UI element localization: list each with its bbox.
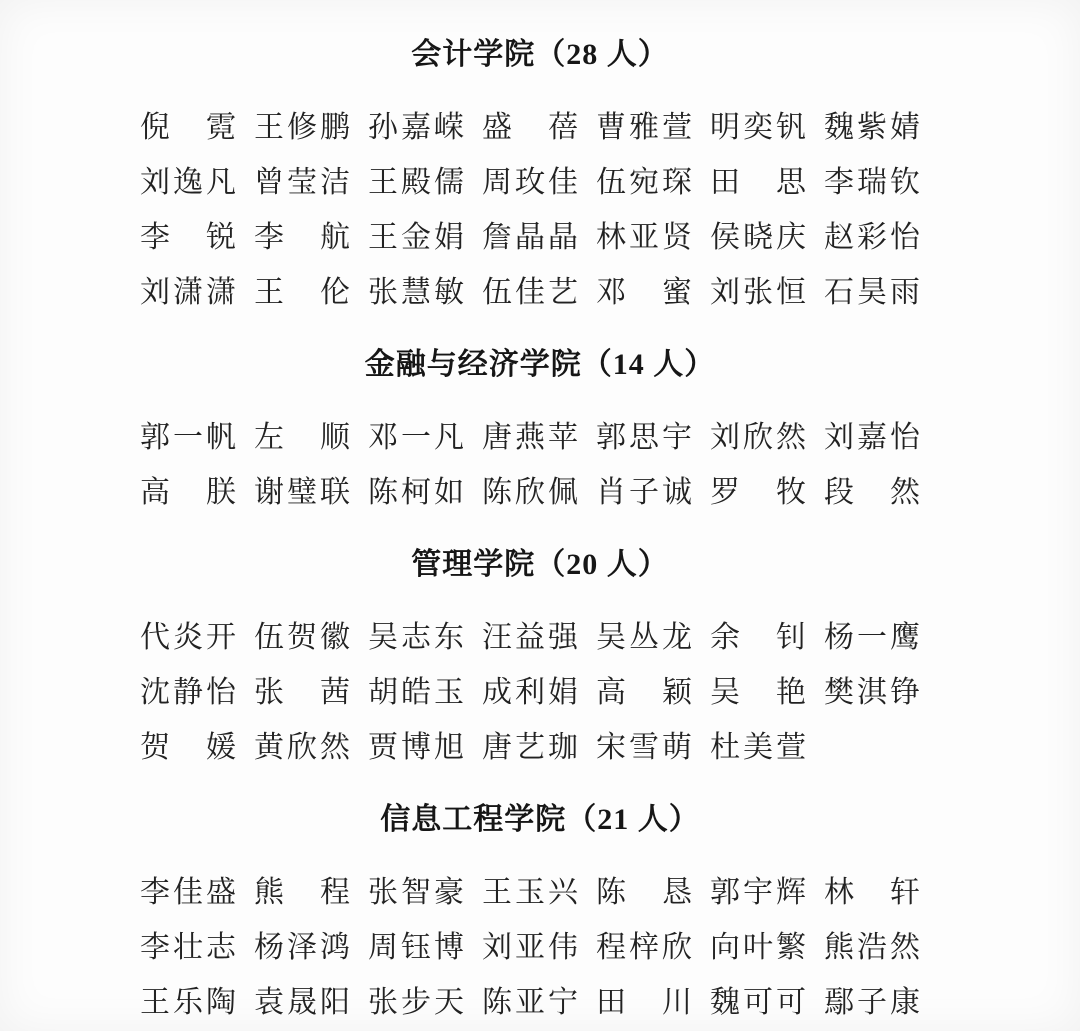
name-char: 鸿 (320, 932, 350, 963)
name-char: 琛 (662, 167, 692, 198)
person-name: 曹雅萱 (596, 112, 692, 143)
name-char: 可 (776, 987, 806, 1018)
name-char: 顺 (320, 422, 350, 453)
name-char: 肖 (596, 477, 626, 508)
name-char: 刘 (710, 277, 740, 308)
name-char: 钰 (401, 932, 431, 963)
person-name: 贾博旭 (368, 732, 464, 763)
name-char: 张 (743, 277, 773, 308)
person-name: 鄢子康 (824, 987, 920, 1018)
name-char: 伟 (548, 932, 578, 963)
name-char: 钒 (776, 112, 806, 143)
name-char: 然 (320, 732, 350, 763)
person-name: 熊程 (254, 877, 350, 908)
name-char: 张 (368, 277, 398, 308)
name-char: 紫 (857, 112, 887, 143)
name-char: 黄 (254, 732, 284, 763)
name-char: 艺 (548, 277, 578, 308)
person-name: 侯晓庆 (710, 222, 806, 253)
name-char: 亚 (629, 222, 659, 253)
person-name: 周玫佳 (482, 167, 578, 198)
name-char: 然 (776, 422, 806, 453)
person-name: 成利娟 (482, 677, 578, 708)
name-char: 慧 (401, 277, 431, 308)
name-char: 怡 (890, 222, 920, 253)
name-char: 联 (320, 477, 350, 508)
name-char: 凡 (206, 167, 236, 198)
name-char: 媛 (206, 732, 236, 763)
name-char: 天 (434, 987, 464, 1018)
name-char: 柯 (401, 477, 431, 508)
name-char: 王 (254, 277, 284, 308)
name-char: 倪 (140, 112, 170, 143)
person-name: 段然 (824, 477, 920, 508)
name-char: 阳 (320, 987, 350, 1018)
person-name: 陈亚宁 (482, 987, 578, 1018)
name-char: 然 (890, 932, 920, 963)
name-char: 洁 (320, 167, 350, 198)
person-name: 倪霓 (140, 112, 236, 143)
name-char: 美 (743, 732, 773, 763)
name-char: 袁 (254, 987, 284, 1018)
name-char: 明 (710, 112, 740, 143)
name-char: 博 (434, 932, 464, 963)
name-char: 熊 (254, 877, 284, 908)
name-char: 晓 (743, 222, 773, 253)
name-char: 玫 (515, 167, 545, 198)
name-char: 余 (710, 622, 740, 653)
name-char: 乐 (173, 987, 203, 1018)
name-char: 庆 (776, 222, 806, 253)
name-char: 艳 (776, 677, 806, 708)
person-name: 杜美萱 (710, 732, 806, 763)
name-char: 宋 (596, 732, 626, 763)
name-char: 鹏 (320, 112, 350, 143)
person-name: 余钊 (710, 622, 806, 653)
name-row: 王乐陶袁晟阳张步天陈亚宁田川魏可可鄢子康 (140, 987, 1080, 1018)
person-name: 伍宛琛 (596, 167, 692, 198)
name-char: 雅 (629, 112, 659, 143)
name-char: 欣 (515, 477, 545, 508)
name-char: 瑞 (857, 167, 887, 198)
name-char: 怡 (890, 422, 920, 453)
name-char: 张 (368, 877, 398, 908)
name-char: 炎 (173, 622, 203, 653)
person-name: 田川 (596, 987, 692, 1018)
name-char: 东 (434, 622, 464, 653)
name-char: 宛 (629, 167, 659, 198)
name-char: 颖 (662, 677, 692, 708)
name-char: 程 (320, 877, 350, 908)
name-char: 胡 (368, 677, 398, 708)
name-char: 唐 (482, 422, 512, 453)
name-char: 康 (890, 987, 920, 1018)
name-char: 林 (824, 877, 854, 908)
person-name: 周钰博 (368, 932, 464, 963)
person-name: 程梓欣 (596, 932, 692, 963)
person-name: 陈柯如 (368, 477, 464, 508)
name-char: 潇 (173, 277, 203, 308)
name-char: 可 (743, 987, 773, 1018)
person-name: 刘潇潇 (140, 277, 236, 308)
name-char: 伍 (482, 277, 512, 308)
person-name: 魏紫婧 (824, 112, 920, 143)
name-char: 开 (206, 622, 236, 653)
name-char: 旭 (434, 732, 464, 763)
name-char: 博 (401, 732, 431, 763)
name-char: 陈 (596, 877, 626, 908)
person-name: 伍佳艺 (482, 277, 578, 308)
person-name: 张步天 (368, 987, 464, 1018)
person-name: 刘欣然 (710, 422, 806, 453)
name-char: 金 (401, 222, 431, 253)
person-name: 郭思宇 (596, 422, 692, 453)
person-name: 高朕 (140, 477, 236, 508)
name-char: 嵘 (434, 112, 464, 143)
name-char: 嘉 (857, 422, 887, 453)
name-char: 彩 (857, 222, 887, 253)
name-row: 高朕谢璧联陈柯如陈欣佩肖子诚罗牧段然 (140, 477, 1080, 508)
name-char: 玉 (434, 677, 464, 708)
name-char: 豪 (434, 877, 464, 908)
name-char: 皓 (401, 677, 431, 708)
name-char: 兴 (548, 877, 578, 908)
name-char: 吴 (596, 622, 626, 653)
name-char: 陈 (482, 477, 512, 508)
name-char: 一 (173, 422, 203, 453)
name-char: 艺 (515, 732, 545, 763)
name-char: 步 (401, 987, 431, 1018)
name-char: 志 (206, 932, 236, 963)
name-row: 沈静怡张茜胡皓玉成利娟高颖吴艳樊淇铮 (140, 677, 1080, 708)
person-name: 刘嘉怡 (824, 422, 920, 453)
name-char: 魏 (710, 987, 740, 1018)
name-char: 杨 (254, 932, 284, 963)
name-char: 雨 (890, 277, 920, 308)
name-char: 浩 (857, 932, 887, 963)
name-char: 杜 (710, 732, 740, 763)
name-char: 航 (320, 222, 350, 253)
name-char: 郭 (596, 422, 626, 453)
name-char: 利 (515, 677, 545, 708)
name-char: 高 (596, 677, 626, 708)
name-char: 宁 (548, 987, 578, 1018)
person-name: 汪益强 (482, 622, 578, 653)
name-char: 宇 (743, 877, 773, 908)
name-char: 茜 (320, 677, 350, 708)
person-name: 刘亚伟 (482, 932, 578, 963)
person-name: 李瑞钦 (824, 167, 920, 198)
name-char: 王 (482, 877, 512, 908)
person-name: 熊浩然 (824, 932, 920, 963)
name-char: 丛 (629, 622, 659, 653)
name-char: 儒 (434, 167, 464, 198)
name-char: 李 (140, 877, 170, 908)
name-char: 泽 (287, 932, 317, 963)
name-row: 李佳盛熊程张智豪王玉兴陈恳郭宇辉林轩 (140, 877, 1080, 908)
name-row: 刘逸凡曾莹洁王殿儒周玫佳伍宛琛田思李瑞钦 (140, 167, 1080, 198)
name-char: 志 (401, 622, 431, 653)
name-char: 牧 (776, 477, 806, 508)
name-char: 田 (710, 167, 740, 198)
name-char: 修 (287, 112, 317, 143)
name-char: 珈 (548, 732, 578, 763)
name-char: 伍 (254, 622, 284, 653)
person-name: 张茜 (254, 677, 350, 708)
name-char: 锐 (206, 222, 236, 253)
person-name: 刘逸凡 (140, 167, 236, 198)
person-name: 沈静怡 (140, 677, 236, 708)
person-name: 谢璧联 (254, 477, 350, 508)
name-char: 伦 (320, 277, 350, 308)
name-char: 莹 (287, 167, 317, 198)
person-name: 高颖 (596, 677, 692, 708)
name-char: 子 (629, 477, 659, 508)
name-char: 谢 (254, 477, 284, 508)
name-char: 林 (596, 222, 626, 253)
name-char: 静 (173, 677, 203, 708)
person-name: 石昊雨 (824, 277, 920, 308)
person-name: 邓蜜 (596, 277, 692, 308)
name-char: 佳 (515, 277, 545, 308)
name-char: 曾 (254, 167, 284, 198)
name-char: 陈 (482, 987, 512, 1018)
name-char: 壮 (173, 932, 203, 963)
name-char: 强 (548, 622, 578, 653)
person-name: 唐艺珈 (482, 732, 578, 763)
name-char: 陶 (206, 987, 236, 1018)
name-char: 玉 (515, 877, 545, 908)
person-name: 陈恳 (596, 877, 692, 908)
name-char: 吴 (368, 622, 398, 653)
person-name: 林亚贤 (596, 222, 692, 253)
name-char: 左 (254, 422, 284, 453)
name-char: 娟 (434, 222, 464, 253)
name-char: 思 (629, 422, 659, 453)
name-char: 王 (140, 987, 170, 1018)
name-char: 然 (890, 477, 920, 508)
person-name: 伍贺徽 (254, 622, 350, 653)
name-char: 魏 (824, 112, 854, 143)
section-title-1: 会计学院（28 人） (0, 40, 1080, 70)
name-char: 繁 (776, 932, 806, 963)
name-char: 如 (434, 477, 464, 508)
person-name: 王殿儒 (368, 167, 464, 198)
section-title-2: 金融与经济学院（14 人） (0, 350, 1080, 380)
name-char: 潇 (206, 277, 236, 308)
name-char: 辉 (776, 877, 806, 908)
name-char: 吴 (710, 677, 740, 708)
person-name: 宋雪萌 (596, 732, 692, 763)
section-title-4: 信息工程学院（21 人） (0, 805, 1080, 835)
name-char: 一 (857, 622, 887, 653)
person-name: 代炎开 (140, 622, 236, 653)
name-char: 欣 (287, 732, 317, 763)
name-char: 贤 (662, 222, 692, 253)
name-char: 亚 (515, 932, 545, 963)
name-char: 周 (482, 167, 512, 198)
name-char: 陈 (368, 477, 398, 508)
person-name: 张慧敏 (368, 277, 464, 308)
name-char: 佩 (548, 477, 578, 508)
person-name: 明奕钒 (710, 112, 806, 143)
name-char: 诚 (662, 477, 692, 508)
name-char: 詹 (482, 222, 512, 253)
name-char: 沈 (140, 677, 170, 708)
name-char: 怡 (206, 677, 236, 708)
name-char: 蜜 (662, 277, 692, 308)
name-char: 昊 (857, 277, 887, 308)
name-char: 伍 (596, 167, 626, 198)
name-char: 刘 (824, 422, 854, 453)
name-char: 刘 (482, 932, 512, 963)
person-name: 杨泽鸿 (254, 932, 350, 963)
name-char: 恳 (662, 877, 692, 908)
name-char: 罗 (710, 477, 740, 508)
name-row: 贺媛黄欣然贾博旭唐艺珈宋雪萌杜美萱 (140, 732, 1080, 763)
name-char: 宇 (662, 422, 692, 453)
name-char: 铮 (890, 677, 920, 708)
name-char: 刘 (140, 167, 170, 198)
name-char: 刘 (710, 422, 740, 453)
person-name: 张智豪 (368, 877, 464, 908)
person-name: 郭一帆 (140, 422, 236, 453)
name-char: 邓 (368, 422, 398, 453)
name-char: 恒 (776, 277, 806, 308)
name-char: 燕 (515, 422, 545, 453)
person-name: 李航 (254, 222, 350, 253)
person-name: 李佳盛 (140, 877, 236, 908)
name-char: 一 (401, 422, 431, 453)
person-name: 曾莹洁 (254, 167, 350, 198)
name-char: 邓 (596, 277, 626, 308)
person-name: 肖子诚 (596, 477, 692, 508)
person-name: 刘张恒 (710, 277, 806, 308)
person-name: 樊淇铮 (824, 677, 920, 708)
name-char: 刘 (140, 277, 170, 308)
name-char: 鹰 (890, 622, 920, 653)
name-char: 张 (254, 677, 284, 708)
name-char: 思 (776, 167, 806, 198)
person-name: 王伦 (254, 277, 350, 308)
name-char: 钦 (890, 167, 920, 198)
name-char: 益 (515, 622, 545, 653)
name-char: 曹 (596, 112, 626, 143)
name-char: 郭 (140, 422, 170, 453)
name-char: 钊 (776, 622, 806, 653)
person-name: 陈欣佩 (482, 477, 578, 508)
name-char: 智 (401, 877, 431, 908)
person-name: 詹晶晶 (482, 222, 578, 253)
name-char: 梓 (629, 932, 659, 963)
name-list-document: 会计学院（28 人）倪霓王修鹏孙嘉嵘盛蓓曹雅萱明奕钒魏紫婧刘逸凡曾莹洁王殿儒周玫… (0, 0, 1080, 1018)
name-char: 晶 (515, 222, 545, 253)
person-name: 王玉兴 (482, 877, 578, 908)
person-name: 吴志东 (368, 622, 464, 653)
name-char: 盛 (482, 112, 512, 143)
name-char: 田 (596, 987, 626, 1018)
name-char: 亚 (515, 987, 545, 1018)
name-char: 盛 (206, 877, 236, 908)
person-name: 魏可可 (710, 987, 806, 1018)
name-char: 王 (368, 167, 398, 198)
person-name: 杨一鹰 (824, 622, 920, 653)
name-char: 李 (824, 167, 854, 198)
person-name: 邓一凡 (368, 422, 464, 453)
name-char: 贾 (368, 732, 398, 763)
name-char: 贺 (287, 622, 317, 653)
name-char: 郭 (710, 877, 740, 908)
person-name: 田思 (710, 167, 806, 198)
name-char: 李 (254, 222, 284, 253)
name-char: 樊 (824, 677, 854, 708)
name-char: 萱 (776, 732, 806, 763)
person-name: 王修鹏 (254, 112, 350, 143)
name-char: 晟 (287, 987, 317, 1018)
section-title-3: 管理学院（20 人） (0, 550, 1080, 580)
name-char: 周 (368, 932, 398, 963)
name-char: 李 (140, 222, 170, 253)
person-name: 左顺 (254, 422, 350, 453)
name-char: 赵 (824, 222, 854, 253)
name-row: 李锐李航王金娟詹晶晶林亚贤侯晓庆赵彩怡 (140, 222, 1080, 253)
name-char: 孙 (368, 112, 398, 143)
name-char: 晶 (548, 222, 578, 253)
name-char: 嘉 (401, 112, 431, 143)
name-char: 蓓 (548, 112, 578, 143)
person-name: 黄欣然 (254, 732, 350, 763)
name-char: 代 (140, 622, 170, 653)
name-char: 徽 (320, 622, 350, 653)
person-name: 罗牧 (710, 477, 806, 508)
person-name: 王乐陶 (140, 987, 236, 1018)
name-char: 霓 (206, 112, 236, 143)
name-char: 殿 (401, 167, 431, 198)
person-name: 孙嘉嵘 (368, 112, 464, 143)
name-char: 王 (368, 222, 398, 253)
person-name: 贺媛 (140, 732, 236, 763)
name-char: 萱 (662, 112, 692, 143)
name-char: 成 (482, 677, 512, 708)
name-char: 向 (710, 932, 740, 963)
name-char: 凡 (434, 422, 464, 453)
name-char: 鄢 (824, 987, 854, 1018)
name-char: 婧 (890, 112, 920, 143)
name-char: 叶 (743, 932, 773, 963)
name-char: 高 (140, 477, 170, 508)
person-name: 李壮志 (140, 932, 236, 963)
person-name: 吴艳 (710, 677, 806, 708)
name-char: 川 (662, 987, 692, 1018)
name-row: 刘潇潇王伦张慧敏伍佳艺邓蜜刘张恒石昊雨 (140, 277, 1080, 308)
name-char: 淇 (857, 677, 887, 708)
name-char: 苹 (548, 422, 578, 453)
name-char: 佳 (173, 877, 203, 908)
name-char: 王 (254, 112, 284, 143)
person-name: 赵彩怡 (824, 222, 920, 253)
name-row: 李壮志杨泽鸿周钰博刘亚伟程梓欣向叶繁熊浩然 (140, 932, 1080, 963)
name-char: 段 (824, 477, 854, 508)
name-row: 倪霓王修鹏孙嘉嵘盛蓓曹雅萱明奕钒魏紫婧 (140, 112, 1080, 143)
name-row: 代炎开伍贺徽吴志东汪益强吴丛龙余钊杨一鹰 (140, 622, 1080, 653)
name-char: 朕 (206, 477, 236, 508)
person-name: 李锐 (140, 222, 236, 253)
name-char: 程 (596, 932, 626, 963)
name-char: 佳 (548, 167, 578, 198)
name-row: 郭一帆左顺邓一凡唐燕苹郭思宇刘欣然刘嘉怡 (140, 422, 1080, 453)
name-char: 欣 (743, 422, 773, 453)
name-char: 龙 (662, 622, 692, 653)
